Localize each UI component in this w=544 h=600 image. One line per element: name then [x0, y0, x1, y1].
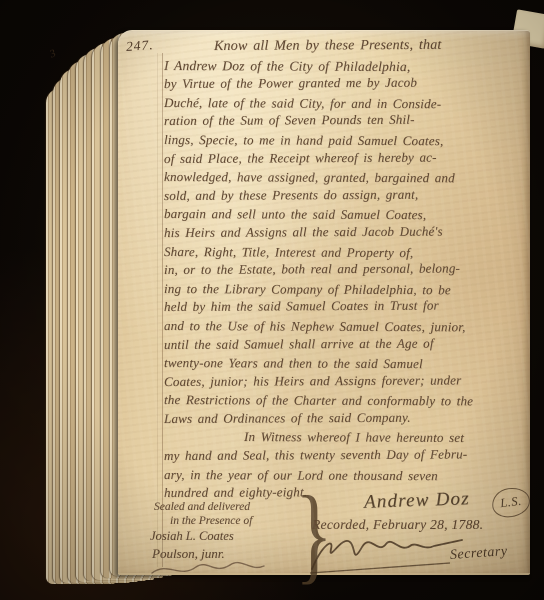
handwritten-line: Sealed and delivered — [154, 501, 315, 515]
recorded-line: Recorded, February 28, 1788. — [312, 517, 483, 533]
deed-lines: Know all Men by these Presents, thatI An… — [164, 38, 530, 503]
handwritten-line: Laws and Ordinances of the said Company. — [164, 408, 530, 429]
handwritten-line: Josiah L. Coates — [150, 530, 315, 544]
page-number: 247. — [125, 37, 154, 55]
handwritten-line: of said Place, the Receipt whereof is he… — [164, 148, 530, 169]
witness-flourish-icon — [148, 559, 270, 581]
handwritten-line: his Heirs and Assigns all the said Jacob… — [164, 222, 530, 243]
handwritten-line: Coates, junior; his Heirs and Assigns fo… — [164, 371, 530, 392]
andrew-doz-signature: Andrew Doz — [364, 488, 470, 514]
handwritten-line: ration of the Sum of Seven Pounds ten Sh… — [164, 110, 530, 131]
handwritten-line: my hand and Seal, this twenty seventh Da… — [164, 445, 530, 466]
handwritten-line: held by him the said Samuel Coates in Tr… — [164, 296, 530, 317]
manuscript-page: 247. Know all Men by these Presents, tha… — [118, 30, 530, 575]
clerk-signature-word: Secretary — [450, 544, 509, 564]
handwritten-line: by Virtue of the Power granted me by Jac… — [164, 73, 530, 94]
handwritten-line: in the Presence of — [170, 515, 315, 529]
fore-edge-mark: 3 — [48, 47, 58, 60]
handwritten-line: sold, and by these Presents do assign, g… — [164, 185, 530, 206]
handwritten-line: until the said Samuel shall arrive at th… — [164, 334, 530, 355]
handwritten-line: in, or to the Estate, both real and pers… — [164, 259, 530, 280]
handwritten-line: hundred and eighty-eight. — [164, 482, 530, 503]
clerk-signature-flourish-icon — [308, 533, 468, 577]
witness-attestation: Sealed and deliveredin the Presence ofJo… — [140, 501, 315, 561]
photograph-background: 3 247. Know all Men by these Presents, t… — [0, 0, 544, 600]
handwritten-line: Know all Men by these Presents, that — [214, 36, 530, 56]
margin-rule-line — [162, 53, 163, 567]
